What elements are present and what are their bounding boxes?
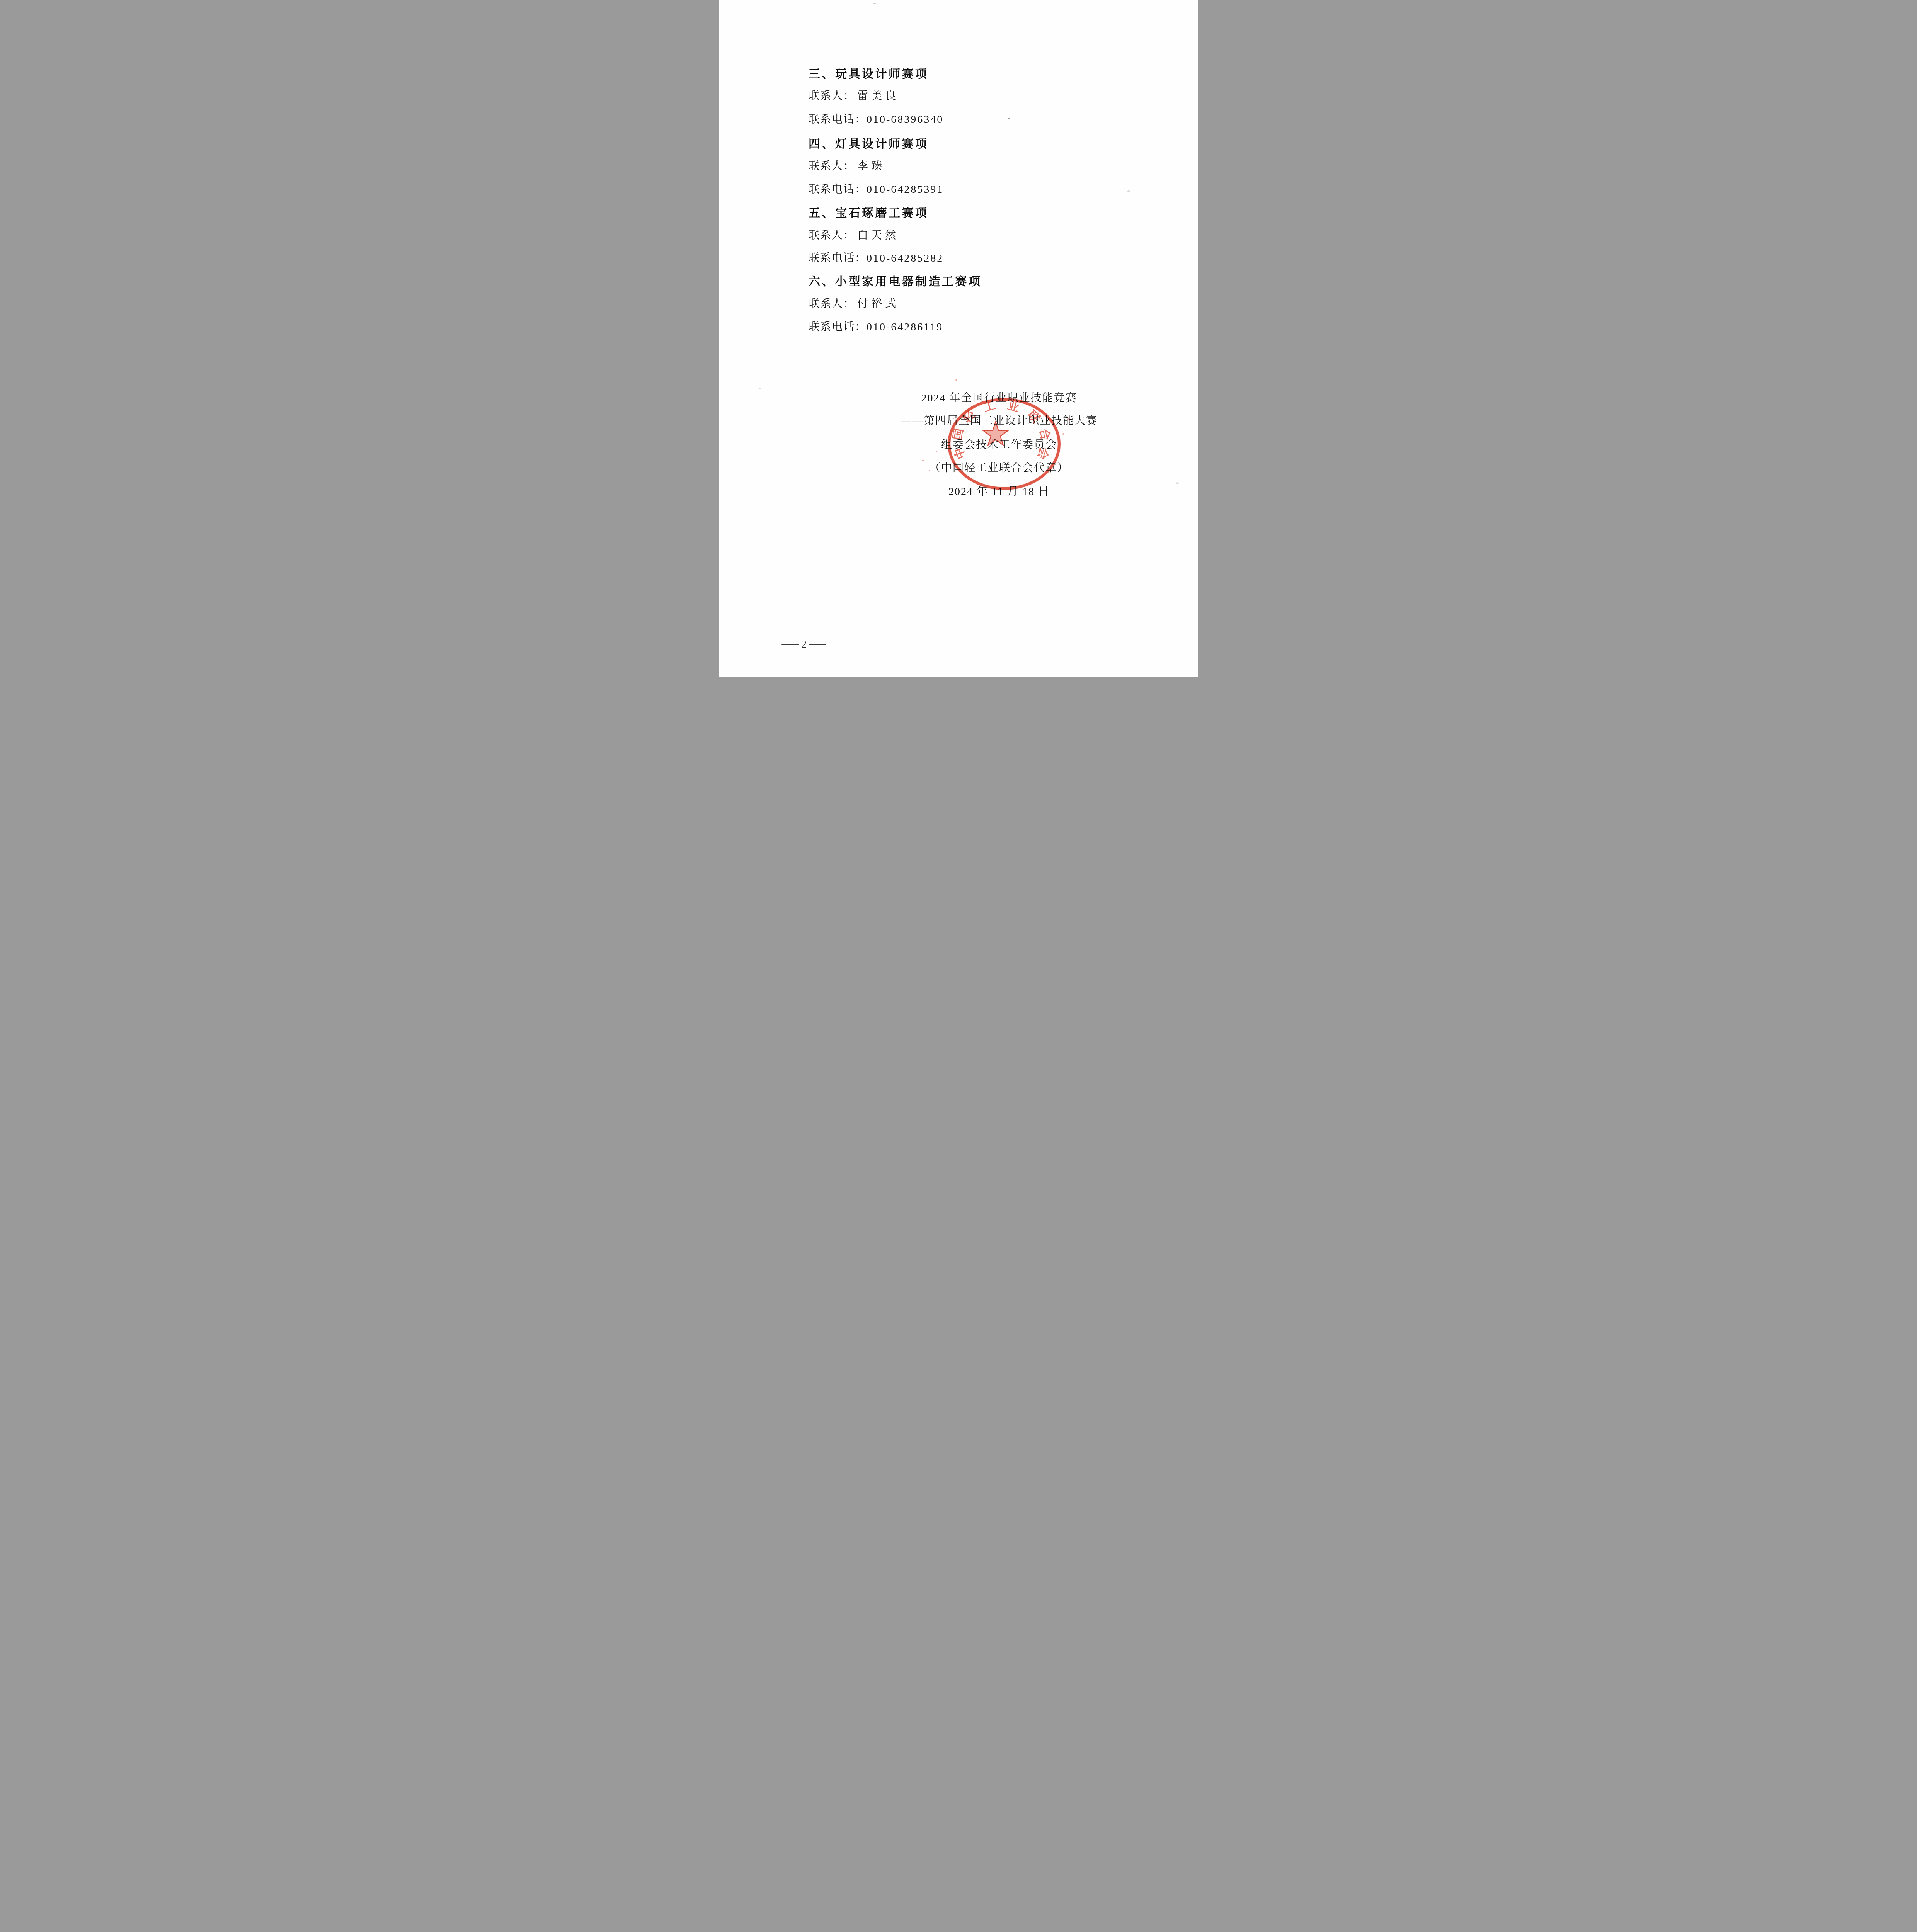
page-number-value: 2 bbox=[801, 638, 807, 651]
signature-block: 2024 年全国行业职业技能竞赛 ——第四届全国工业设计职业技能大赛 组委会技术… bbox=[846, 0, 1152, 677]
page-number-dash: — bbox=[782, 638, 799, 650]
scan-speck bbox=[759, 388, 761, 389]
signature-line-competition: ——第四届全国工业设计职业技能大赛 bbox=[846, 415, 1152, 427]
document-page: 三、玩具设计师赛项 联系人：雷美良 联系电话：010-68396340 四、灯具… bbox=[719, 0, 1198, 677]
signature-line-committee: 组委会技术工作委员会 bbox=[846, 439, 1152, 451]
page-number-dash: — bbox=[809, 638, 826, 650]
page-number: —2— bbox=[773, 638, 835, 651]
signature-line-seal-note: （中国轻工业联合会代章） bbox=[846, 462, 1152, 474]
signature-date: 2024 年 11 月 18 日 bbox=[846, 486, 1152, 498]
scan-speck bbox=[1176, 482, 1179, 484]
signature-line-event: 2024 年全国行业职业技能竞赛 bbox=[846, 392, 1152, 405]
